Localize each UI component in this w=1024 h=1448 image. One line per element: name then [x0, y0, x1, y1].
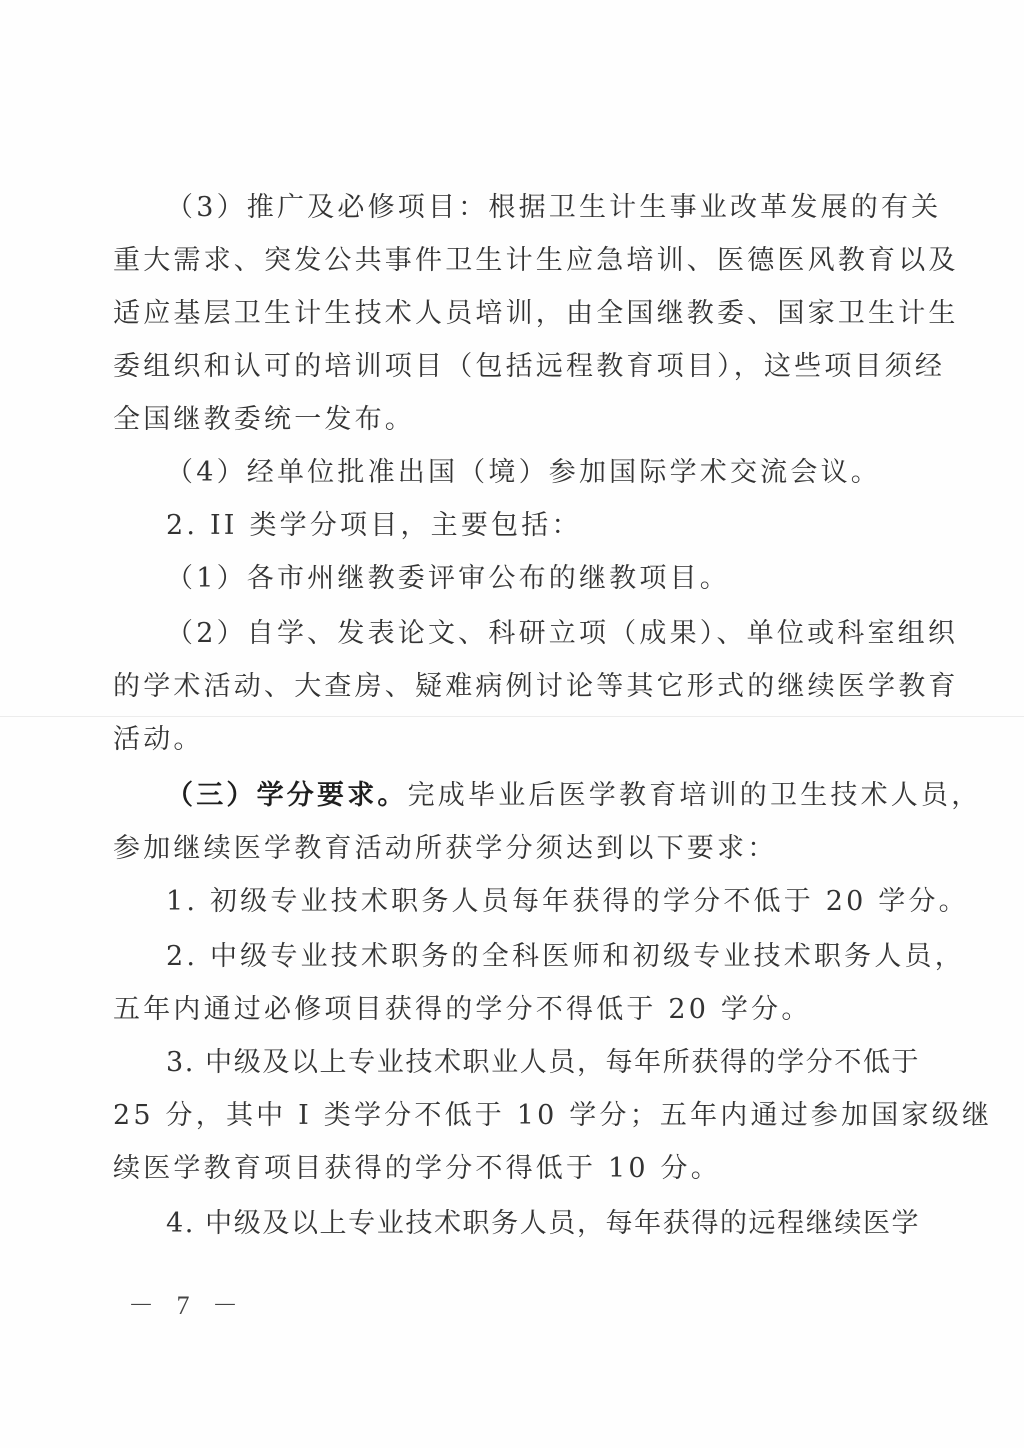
- paragraph-line: 活动。: [113, 720, 903, 760]
- page-number: － 7 －: [128, 1288, 246, 1324]
- requirement-line: 2. 中级专业技术职务的全科医师和初级专业技术职务人员，: [166, 937, 956, 977]
- list-heading: 2. II 类学分项目，主要包括：: [166, 506, 956, 546]
- section-heading: （三）学分要求。: [166, 780, 408, 811]
- requirement-line: 3. 中级及以上专业技术职业人员，每年所获得的学分不低于: [166, 1043, 956, 1083]
- paragraph-line: 参加继续医学教育活动所获学分须达到以下要求：: [113, 829, 903, 869]
- requirement-line: 续医学教育项目获得的学分不得低于 10 分。: [113, 1149, 903, 1189]
- paragraph-line: 重大需求、突发公共事件卫生计生应急培训、医德医风教育以及: [113, 241, 903, 281]
- requirement-line: 25 分，其中 I 类学分不低于 10 学分；五年内通过参加国家级继: [113, 1096, 903, 1136]
- paragraph-line: （2）自学、发表论文、科研立项（成果）、单位或科室组织: [166, 614, 956, 654]
- scan-artifact-line: [0, 716, 1024, 717]
- section-heading-line: （三）学分要求。完成毕业后医学教育培训的卫生技术人员，: [166, 776, 956, 816]
- requirement-line: 1. 初级专业技术职务人员每年获得的学分不低于 20 学分。: [166, 882, 956, 922]
- paragraph-line: （3）推广及必修项目：根据卫生计生事业改革发展的有关: [166, 188, 956, 228]
- paragraph-line: 适应基层卫生计生技术人员培训，由全国继教委、国家卫生计生: [113, 294, 903, 334]
- paragraph-line: 的学术活动、大查房、疑难病例讨论等其它形式的继续医学教育: [113, 667, 903, 707]
- requirement-line: 4. 中级及以上专业技术职务人员，每年获得的远程继续医学: [166, 1204, 956, 1244]
- section-heading-text: 完成毕业后医学教育培训的卫生技术人员，: [408, 780, 982, 811]
- paragraph-line: 委组织和认可的培训项目（包括远程教育项目），这些项目须经: [113, 347, 903, 387]
- document-page: （3）推广及必修项目：根据卫生计生事业改革发展的有关 重大需求、突发公共事件卫生…: [0, 0, 1024, 1448]
- paragraph-line: 全国继教委统一发布。: [113, 400, 903, 440]
- paragraph-line: （4）经单位批准出国（境）参加国际学术交流会议。: [166, 453, 956, 493]
- paragraph-line: （1）各市州继教委评审公布的继教项目。: [166, 559, 956, 599]
- requirement-line: 五年内通过必修项目获得的学分不得低于 20 学分。: [113, 990, 903, 1030]
